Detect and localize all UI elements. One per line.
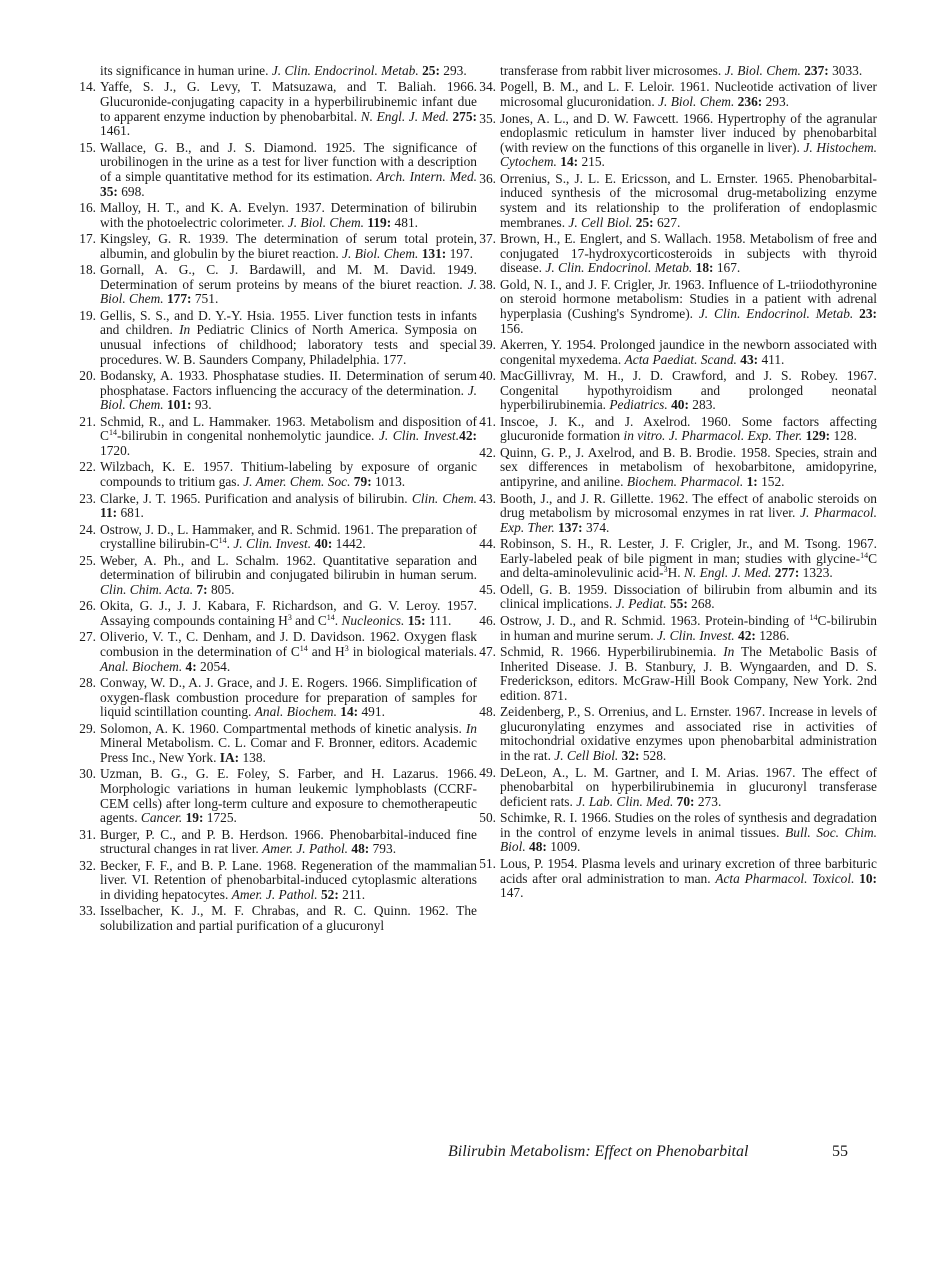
reference-item: 24.Ostrow, J. D., L. Hammaker, and R. Sc… xyxy=(100,523,477,552)
reference-text: Lous, P. 1954. Plasma levels and urinary… xyxy=(500,857,877,901)
reference-item: 44.Robinson, S. H., R. Lester, J. F. Cri… xyxy=(500,537,877,581)
reference-item: 31.Burger, P. C., and P. B. Herdson. 196… xyxy=(100,828,477,857)
reference-number: 40. xyxy=(472,369,496,384)
reference-text: Inscoe, J. K., and J. Axelrod. 1960. Som… xyxy=(500,415,877,444)
reference-text: Kingsley, G. R. 1939. The determination … xyxy=(100,232,477,261)
reference-number: 35. xyxy=(472,112,496,127)
reference-item: 48.Zeidenberg, P., S. Orrenius, and L. E… xyxy=(500,705,877,763)
reference-text: Gellis, S. S., and D. Y.-Y. Hsia. 1955. … xyxy=(100,309,477,367)
reference-item: 37.Brown, H., E. Englert, and S. Wallach… xyxy=(500,232,877,276)
reference-number: 51. xyxy=(472,857,496,872)
reference-number: 28. xyxy=(72,676,96,691)
reference-item: 14.Yaffe, S. J., G. Levy, T. Matsuzawa, … xyxy=(100,80,477,138)
reference-number: 19. xyxy=(72,309,96,324)
reference-text: Zeidenberg, P., S. Orrenius, and L. Erns… xyxy=(500,705,877,763)
reference-number: 46. xyxy=(472,614,496,629)
reference-item: 35.Jones, A. L., and D. W. Fawcett. 1966… xyxy=(500,112,877,170)
reference-number: 26. xyxy=(72,599,96,614)
reference-item: 45.Odell, G. B. 1959. Dissociation of bi… xyxy=(500,583,877,612)
reference-number: 41. xyxy=(472,415,496,430)
reference-text: Wallace, G. B., and J. S. Diamond. 1925.… xyxy=(100,141,477,199)
reference-number: 38. xyxy=(472,278,496,293)
reference-number: 34. xyxy=(472,80,496,95)
reference-number: 47. xyxy=(472,645,496,660)
reference-number: 43. xyxy=(472,492,496,507)
reference-number: 16. xyxy=(72,201,96,216)
reference-list-right: 34.Pogell, B. M., and L. F. Leloir. 1961… xyxy=(500,80,877,900)
reference-item: 51.Lous, P. 1954. Plasma levels and urin… xyxy=(500,857,877,901)
page-footer: Bilirubin Metabolism: Effect on Phenobar… xyxy=(448,1143,848,1161)
reference-text: Robinson, S. H., R. Lester, J. F. Crigle… xyxy=(500,537,877,581)
reference-text: Pogell, B. M., and L. F. Leloir. 1961. N… xyxy=(500,80,877,109)
reference-item: 23.Clarke, J. T. 1965. Purification and … xyxy=(100,492,477,521)
reference-item: 34.Pogell, B. M., and L. F. Leloir. 1961… xyxy=(500,80,877,109)
reference-text: Schmid, R., and L. Hammaker. 1963. Metab… xyxy=(100,415,477,459)
reference-item: 43.Booth, J., and J. R. Gillette. 1962. … xyxy=(500,492,877,536)
reference-text: Ostrow, J. D., and R. Schmid. 1963. Prot… xyxy=(500,614,877,643)
reference-number: 42. xyxy=(472,446,496,461)
reference-number: 30. xyxy=(72,767,96,782)
reference-number: 33. xyxy=(72,904,96,919)
reference-33-continuation: transferase from rabbit liver microsomes… xyxy=(500,64,877,79)
reference-number: 49. xyxy=(472,766,496,781)
reference-item: 32.Becker, F. F., and B. P. Lane. 1968. … xyxy=(100,859,477,903)
reference-text: Malloy, H. T., and K. A. Evelyn. 1937. D… xyxy=(100,201,477,230)
reference-text: Becker, F. F., and B. P. Lane. 1968. Reg… xyxy=(100,859,477,903)
reference-column-left: its significance in human urine. J. Clin… xyxy=(100,64,477,936)
reference-number: 20. xyxy=(72,369,96,384)
reference-text: Schmid, R. 1966. Hyperbilirubinemia. In … xyxy=(500,645,877,703)
reference-item: 38.Gold, N. I., and J. F. Crigler, Jr. 1… xyxy=(500,278,877,336)
reference-item: 30.Uzman, B. G., G. E. Foley, S. Farber,… xyxy=(100,767,477,825)
reference-13-continuation: its significance in human urine. J. Clin… xyxy=(100,64,477,79)
reference-text: Yaffe, S. J., G. Levy, T. Matsuzawa, and… xyxy=(100,80,477,138)
reference-text: Uzman, B. G., G. E. Foley, S. Farber, an… xyxy=(100,767,477,825)
reference-number: 14. xyxy=(72,80,96,95)
reference-number: 21. xyxy=(72,415,96,430)
reference-text: Gornall, A. G., C. J. Bardawill, and M. … xyxy=(100,263,477,307)
reference-item: 19.Gellis, S. S., and D. Y.-Y. Hsia. 195… xyxy=(100,309,477,367)
reference-item: 49.DeLeon, A., L. M. Gartner, and I. M. … xyxy=(500,766,877,810)
reference-item: 16.Malloy, H. T., and K. A. Evelyn. 1937… xyxy=(100,201,477,230)
reference-number: 18. xyxy=(72,263,96,278)
reference-number: 36. xyxy=(472,172,496,187)
reference-text: Brown, H., E. Englert, and S. Wallach. 1… xyxy=(500,232,877,276)
reference-text: DeLeon, A., L. M. Gartner, and I. M. Ari… xyxy=(500,766,877,810)
running-title: Bilirubin Metabolism: Effect on Phenobar… xyxy=(448,1143,748,1161)
reference-text: Oliverio, V. T., C. Denham, and J. D. Da… xyxy=(100,630,477,674)
reference-number: 39. xyxy=(472,338,496,353)
reference-item: 20.Bodansky, A. 1933. Phosphatase studie… xyxy=(100,369,477,413)
reference-text: Weber, A. Ph., and L. Schalm. 1962. Quan… xyxy=(100,554,477,598)
reference-item: 36.Orrenius, S., J. L. E. Ericsson, and … xyxy=(500,172,877,230)
reference-number: 17. xyxy=(72,232,96,247)
reference-number: 29. xyxy=(72,722,96,737)
reference-item: 21.Schmid, R., and L. Hammaker. 1963. Me… xyxy=(100,415,477,459)
reference-item: 25.Weber, A. Ph., and L. Schalm. 1962. Q… xyxy=(100,554,477,598)
reference-text: Clarke, J. T. 1965. Purification and ana… xyxy=(100,492,477,521)
reference-number: 37. xyxy=(472,232,496,247)
reference-number: 45. xyxy=(472,583,496,598)
reference-text: Conway, W. D., A. J. Grace, and J. E. Ro… xyxy=(100,676,477,720)
reference-text: Jones, A. L., and D. W. Fawcett. 1966. H… xyxy=(500,112,877,170)
reference-text: Okita, G. J., J. J. Kabara, F. Richardso… xyxy=(100,599,477,628)
reference-column-right: transferase from rabbit liver microsomes… xyxy=(500,64,877,903)
reference-number: 27. xyxy=(72,630,96,645)
reference-number: 24. xyxy=(72,523,96,538)
reference-number: 44. xyxy=(472,537,496,552)
reference-text: Bodansky, A. 1933. Phosphatase studies. … xyxy=(100,369,477,413)
reference-list-left: 14.Yaffe, S. J., G. Levy, T. Matsuzawa, … xyxy=(100,80,477,933)
reference-number: 23. xyxy=(72,492,96,507)
page-number: 55 xyxy=(832,1143,848,1161)
reference-number: 25. xyxy=(72,554,96,569)
reference-item: 50.Schimke, R. I. 1966. Studies on the r… xyxy=(500,811,877,855)
reference-text: Booth, J., and J. R. Gillette. 1962. The… xyxy=(500,492,877,536)
reference-item: 41.Inscoe, J. K., and J. Axelrod. 1960. … xyxy=(500,415,877,444)
reference-text: Akerren, Y. 1954. Prolonged jaundice in … xyxy=(500,338,877,367)
reference-text: Orrenius, S., J. L. E. Ericsson, and L. … xyxy=(500,172,877,230)
reference-item: 46.Ostrow, J. D., and R. Schmid. 1963. P… xyxy=(500,614,877,643)
reference-item: 47.Schmid, R. 1966. Hyperbilirubinemia. … xyxy=(500,645,877,703)
reference-item: 17.Kingsley, G. R. 1939. The determinati… xyxy=(100,232,477,261)
reference-text: Isselbacher, K. J., M. F. Chrabas, and R… xyxy=(100,904,477,933)
reference-text: Schimke, R. I. 1966. Studies on the role… xyxy=(500,811,877,855)
reference-text: Wilzbach, K. E. 1957. Thitium-labeling b… xyxy=(100,460,477,489)
reference-item: 33.Isselbacher, K. J., M. F. Chrabas, an… xyxy=(100,904,477,933)
reference-number: 22. xyxy=(72,460,96,475)
reference-item: 40.MacGillivray, M. H., J. D. Crawford, … xyxy=(500,369,877,413)
reference-number: 50. xyxy=(472,811,496,826)
reference-number: 32. xyxy=(72,859,96,874)
reference-number: 31. xyxy=(72,828,96,843)
reference-item: 29.Solomon, A. K. 1960. Compartmental me… xyxy=(100,722,477,766)
reference-text: Odell, G. B. 1959. Dissociation of bilir… xyxy=(500,583,877,612)
reference-item: 27.Oliverio, V. T., C. Denham, and J. D.… xyxy=(100,630,477,674)
reference-item: 28.Conway, W. D., A. J. Grace, and J. E.… xyxy=(100,676,477,720)
reference-item: 22.Wilzbach, K. E. 1957. Thitium-labelin… xyxy=(100,460,477,489)
reference-text: Ostrow, J. D., L. Hammaker, and R. Schmi… xyxy=(100,523,477,552)
reference-text: Gold, N. I., and J. F. Crigler, Jr. 1963… xyxy=(500,278,877,336)
reference-text: Solomon, A. K. 1960. Compartmental metho… xyxy=(100,722,477,766)
reference-item: 39.Akerren, Y. 1954. Prolonged jaundice … xyxy=(500,338,877,367)
reference-number: 15. xyxy=(72,141,96,156)
reference-text: Quinn, G. P., J. Axelrod, and B. B. Brod… xyxy=(500,446,877,490)
reference-text: MacGillivray, M. H., J. D. Crawford, and… xyxy=(500,369,877,413)
reference-item: 15.Wallace, G. B., and J. S. Diamond. 19… xyxy=(100,141,477,199)
reference-item: 26.Okita, G. J., J. J. Kabara, F. Richar… xyxy=(100,599,477,628)
reference-item: 18.Gornall, A. G., C. J. Bardawill, and … xyxy=(100,263,477,307)
reference-number: 48. xyxy=(472,705,496,720)
reference-item: 42.Quinn, G. P., J. Axelrod, and B. B. B… xyxy=(500,446,877,490)
reference-text: Burger, P. C., and P. B. Herdson. 1966. … xyxy=(100,828,477,857)
